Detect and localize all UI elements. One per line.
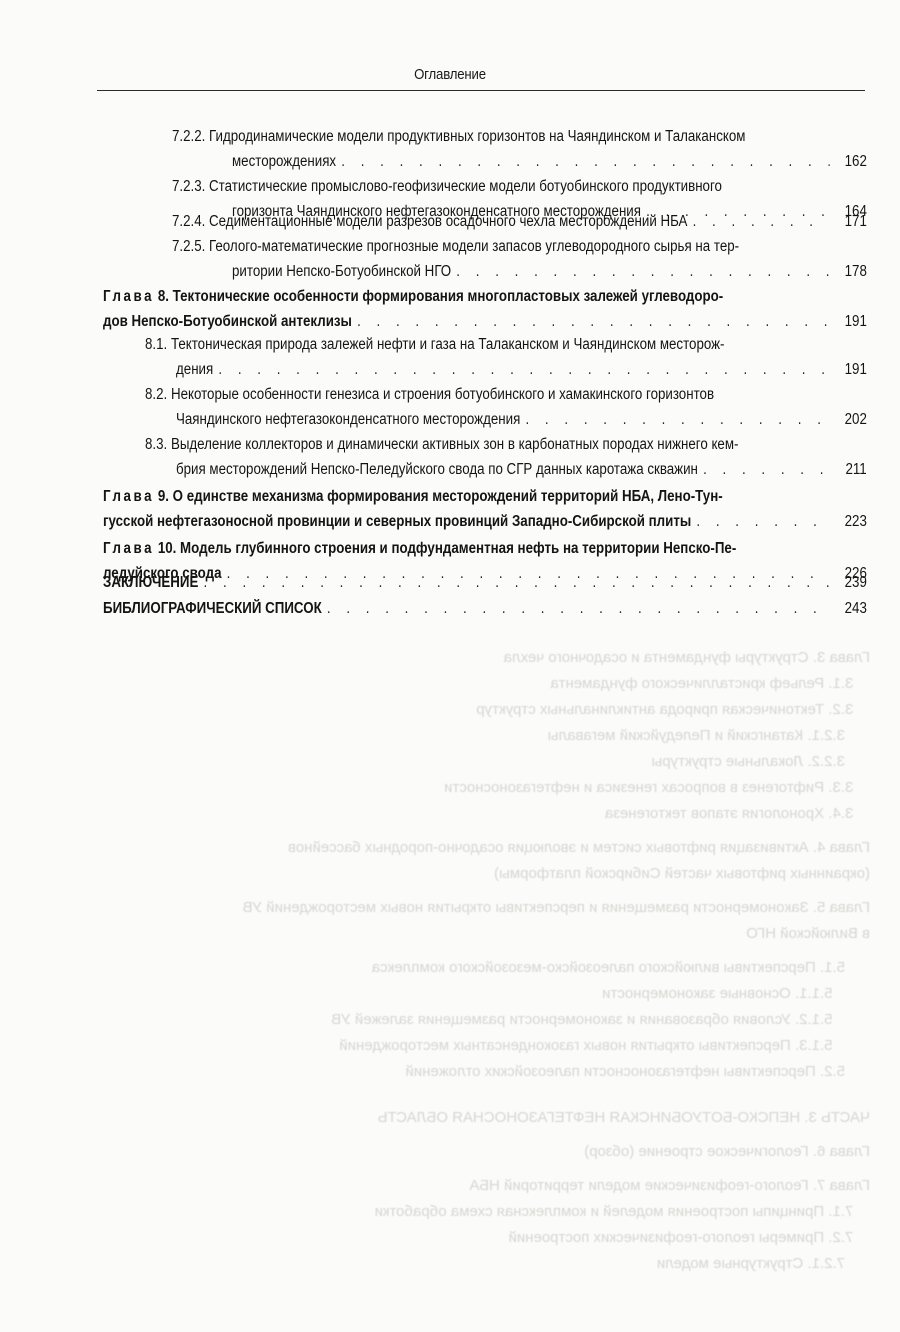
header-rule [97, 90, 865, 91]
dot-leader: . . . . . . . . . . . . . . . . . . . . … [198, 570, 830, 595]
page-number: 178 [845, 259, 867, 284]
page-number: 211 [846, 457, 867, 482]
toc-entry-text: Глава 8. Тектонические особенности форми… [103, 284, 728, 309]
chapter-label: Глава [103, 288, 154, 305]
page-number: 162 [845, 149, 867, 174]
toc-entry-text: Чаяндинского нефтегазоконденсатного мест… [176, 407, 520, 432]
toc-entry-text: 8.3. Выделение коллекторов и динамически… [145, 432, 734, 457]
page-number: 191 [845, 357, 867, 382]
dot-leader: . . . . . . . . . . . . . . . . . . . . … [691, 509, 830, 534]
dot-leader: . . . . . . . . . . . . . . . . . . . . … [213, 357, 830, 382]
dot-leader: . . . . . . . . . . . . . . . . . . . . … [520, 407, 830, 432]
dot-leader: . . . . . . . . . . . . . . . . . . . . … [687, 209, 830, 234]
chapter-label: Глава [103, 488, 154, 505]
toc-entry-text: гусской нефтегазоносной провинции и севе… [103, 509, 691, 534]
page-header-title: Оглавление [54, 66, 846, 83]
toc-entry-text: 8.2. Некоторые особенности генезиса и ст… [145, 382, 734, 407]
toc-entry-text: брия месторождений Непско-Пеледуйского с… [176, 457, 698, 482]
toc-entry-text: ритории Непско-Ботуобинской НГО [232, 259, 451, 284]
toc-entry-text: дения [176, 357, 213, 382]
dot-leader: . . . . . . . . . . . . . . . . . . . . … [336, 149, 830, 174]
toc-entry-text: 7.2.4. Седиментационные модели разрезов … [172, 209, 687, 234]
toc-entry-text: 7.2.2. Гидродинамические модели продукти… [172, 124, 738, 149]
toc-entry-text: ЗАКЛЮЧЕНИЕ [103, 570, 198, 595]
toc-entry-text: 7.2.3. Статистические промыслово-геофизи… [172, 174, 738, 199]
toc-entry-text: БИБЛИОГРАФИЧЕСКИЙ СПИСОК [103, 596, 322, 621]
chapter-label: Глава [103, 540, 154, 557]
toc-entry-text: дов Непско-Ботуобинской антеклизы [103, 309, 352, 334]
toc-entry-text: 8.1. Тектоническая природа залежей нефти… [145, 332, 734, 357]
page-number: 171 [845, 209, 867, 234]
paper-show-through: Глава 3. Структуры фундамента и осадочно… [170, 645, 870, 1277]
page-number: 202 [845, 407, 867, 432]
dot-leader: . . . . . . . . . . . . . . . . . . . . … [322, 596, 830, 621]
toc-entry-text: 7.2.5. Геолого-математические прогнозные… [172, 234, 738, 259]
page-number: 191 [845, 309, 867, 334]
dot-leader: . . . . . . . . . . . . . . . . . . . . … [352, 309, 830, 334]
toc-entry-text: Глава 9. О единстве механизма формирован… [103, 484, 728, 509]
toc-entry-text: Глава 10. Модель глубинного строения и п… [103, 536, 728, 561]
toc-entry-text: месторождениях [232, 149, 336, 174]
page-number: 243 [845, 596, 867, 621]
page-number: 239 [845, 570, 867, 595]
dot-leader: . . . . . . . . . . . . . . . . . . . . … [451, 259, 830, 284]
page-number: 223 [845, 509, 867, 534]
dot-leader: . . . . . . . . . . . . . . . . . . . . … [698, 457, 830, 482]
